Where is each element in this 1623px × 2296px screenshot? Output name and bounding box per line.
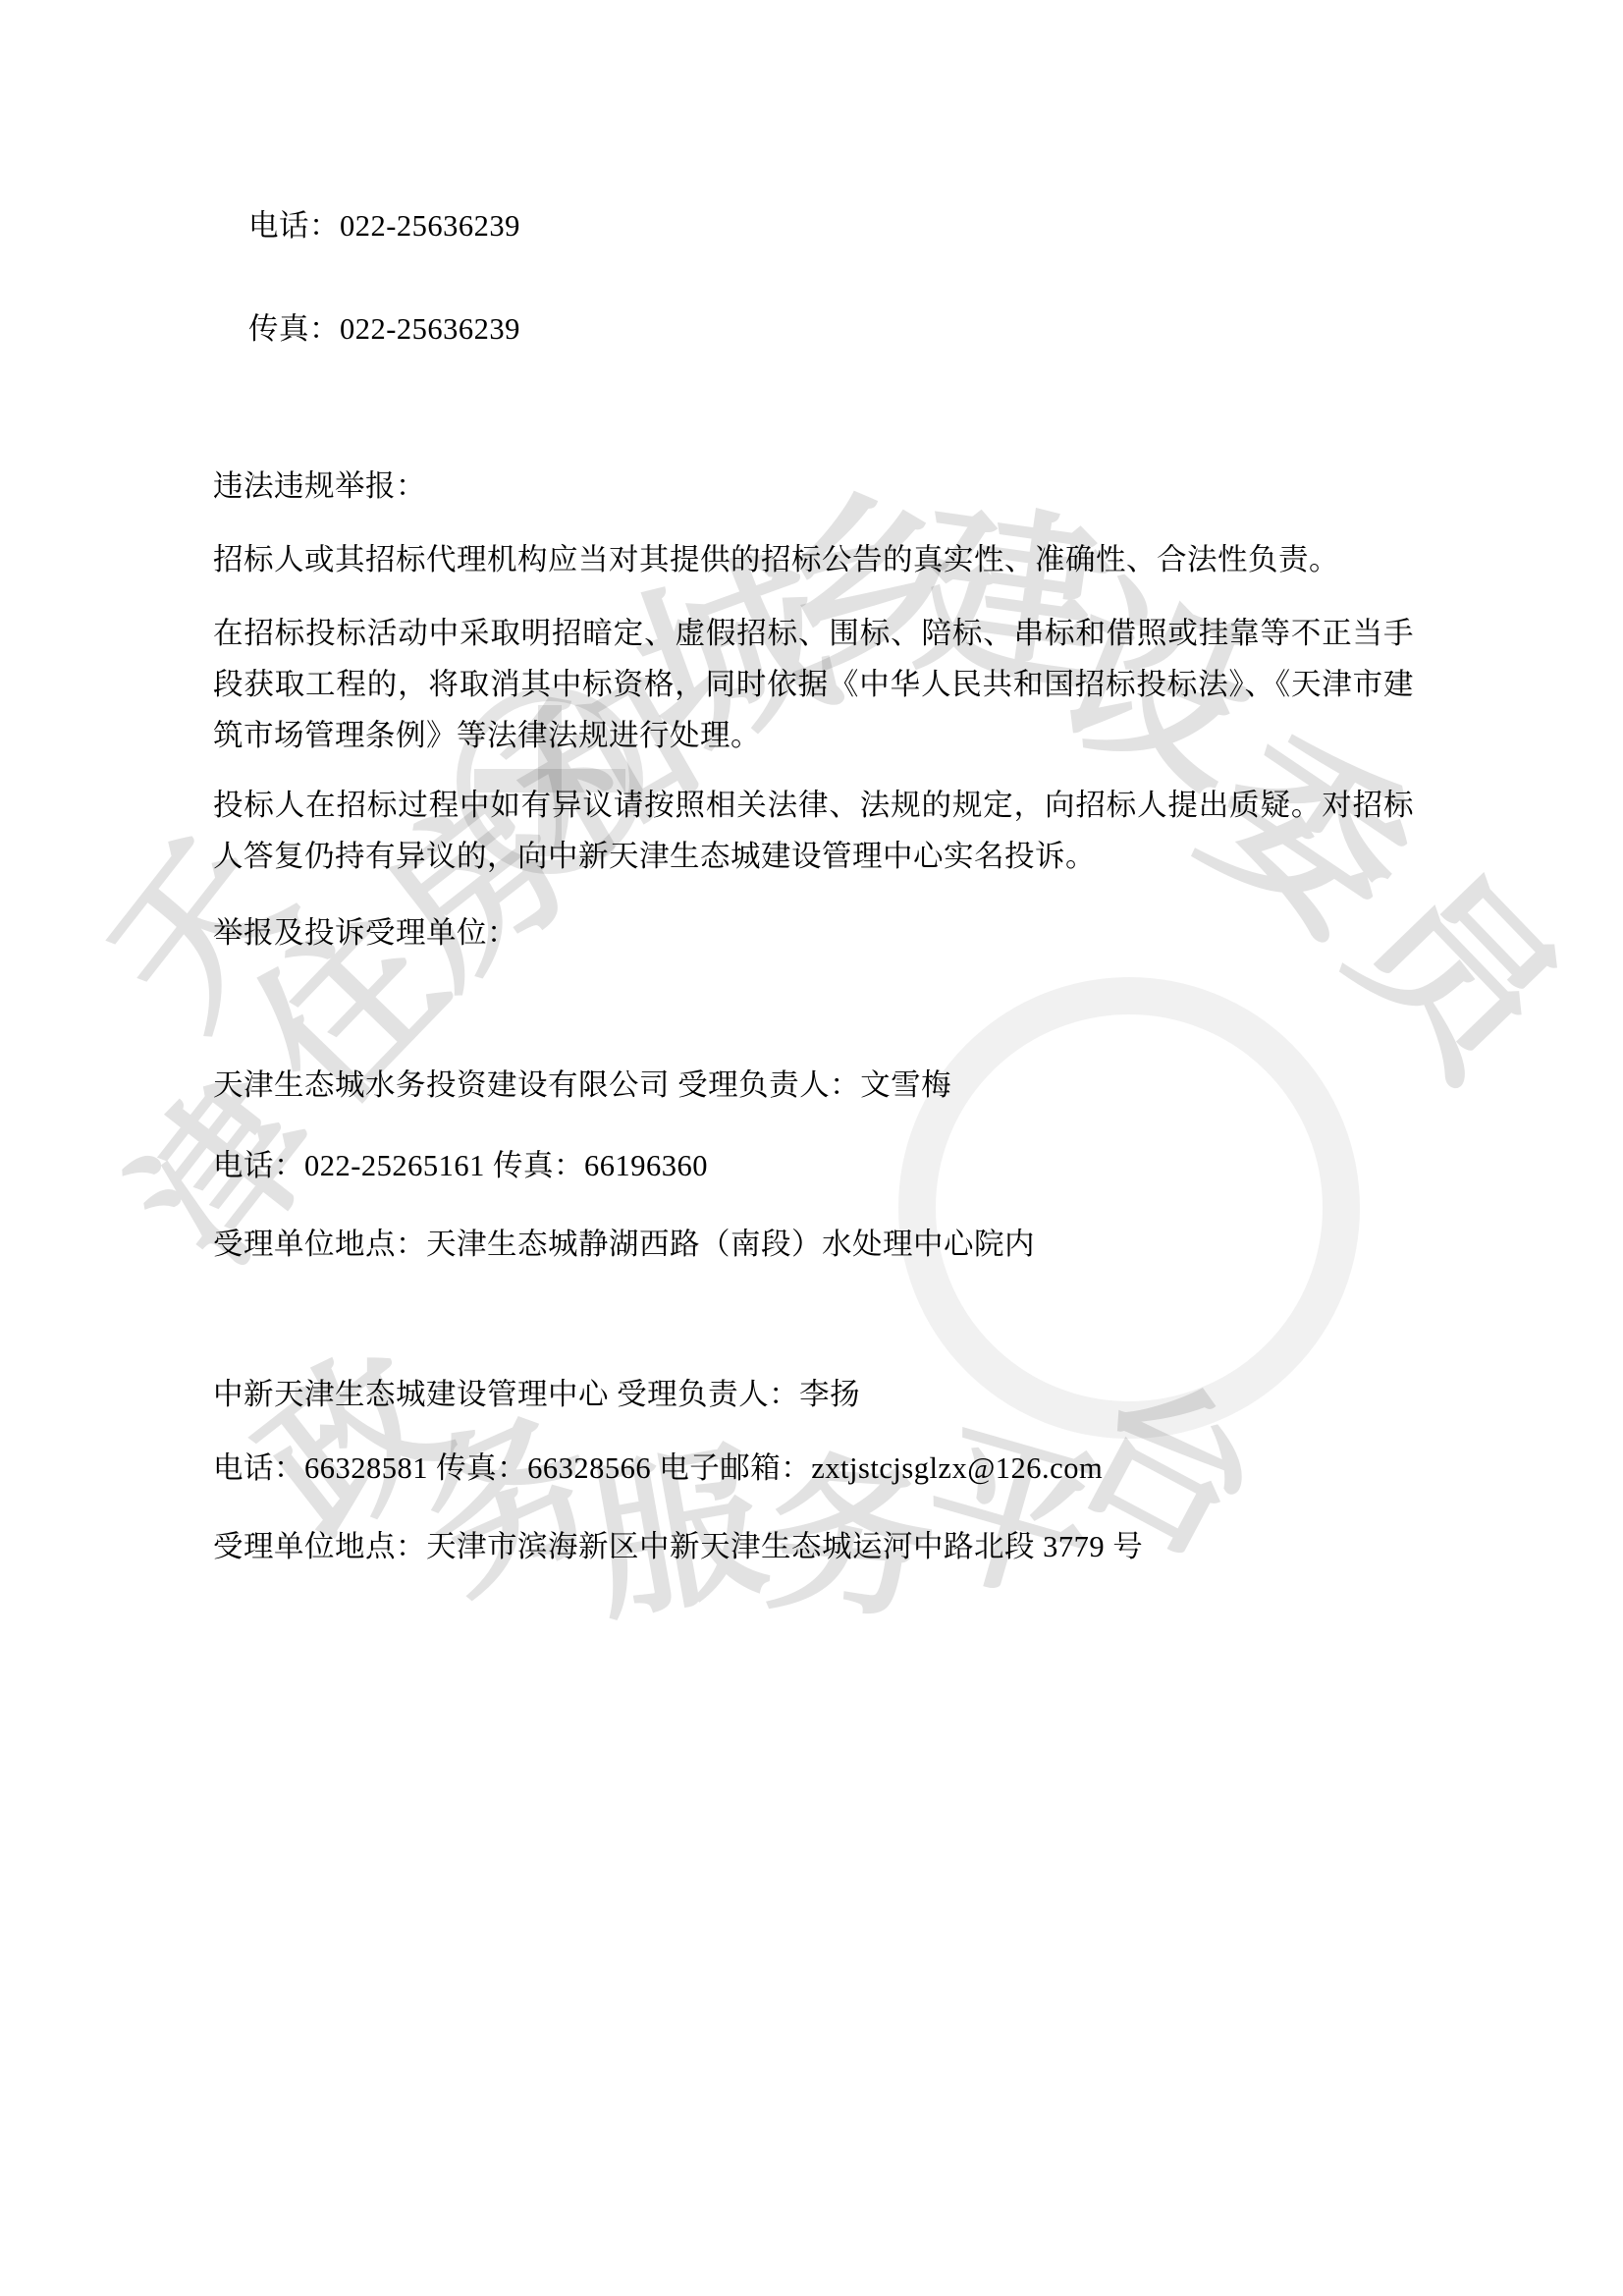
phone-line: 电话：022-25636239 <box>248 200 1449 251</box>
unit1-address-line: 受理单位地点：天津生态城静湖西路（南段）水处理中心院内 <box>213 1219 1414 1270</box>
unit1-contact-line: 电话：022-25265161 传真：66196360 <box>213 1140 1414 1191</box>
unit2-name-line: 中新天津生态城建设管理中心 受理负责人：李扬 <box>213 1369 1414 1420</box>
accept-units-heading: 举报及投诉受理单位： <box>213 907 1414 958</box>
unit1-name-line: 天津生态城水务投资建设有限公司 受理负责人：文雪梅 <box>213 1060 1414 1111</box>
fax-line: 传真：022-25636239 <box>248 303 1449 355</box>
report-paragraph-2: 在招标投标活动中采取明招暗定、虚假招标、围标、陪标、串标和借照或挂靠等不正当手段… <box>213 608 1414 761</box>
watermark-glyph: 务 <box>399 1391 622 1613</box>
report-heading: 违法违规举报： <box>213 461 1414 512</box>
document-page: 天津住房和城乡建设委员政务服务平台 电话：022-25636239 传真：022… <box>0 0 1623 2296</box>
report-paragraph-1: 招标人或其招标代理机构应当对其提供的招标公告的真实性、准确性、合法性负责。 <box>213 534 1414 585</box>
unit2-address-line: 受理单位地点：天津市滨海新区中新天津生态城运河中路北段 3779 号 <box>213 1521 1414 1572</box>
unit2-contact-line: 电话：66328581 传真：66328566 电子邮箱：zxtjstcjsgl… <box>213 1443 1414 1494</box>
report-paragraph-3: 投标人在招标过程中如有异议请按照相关法律、法规的规定，向招标人提出质疑。对招标人… <box>213 780 1414 882</box>
